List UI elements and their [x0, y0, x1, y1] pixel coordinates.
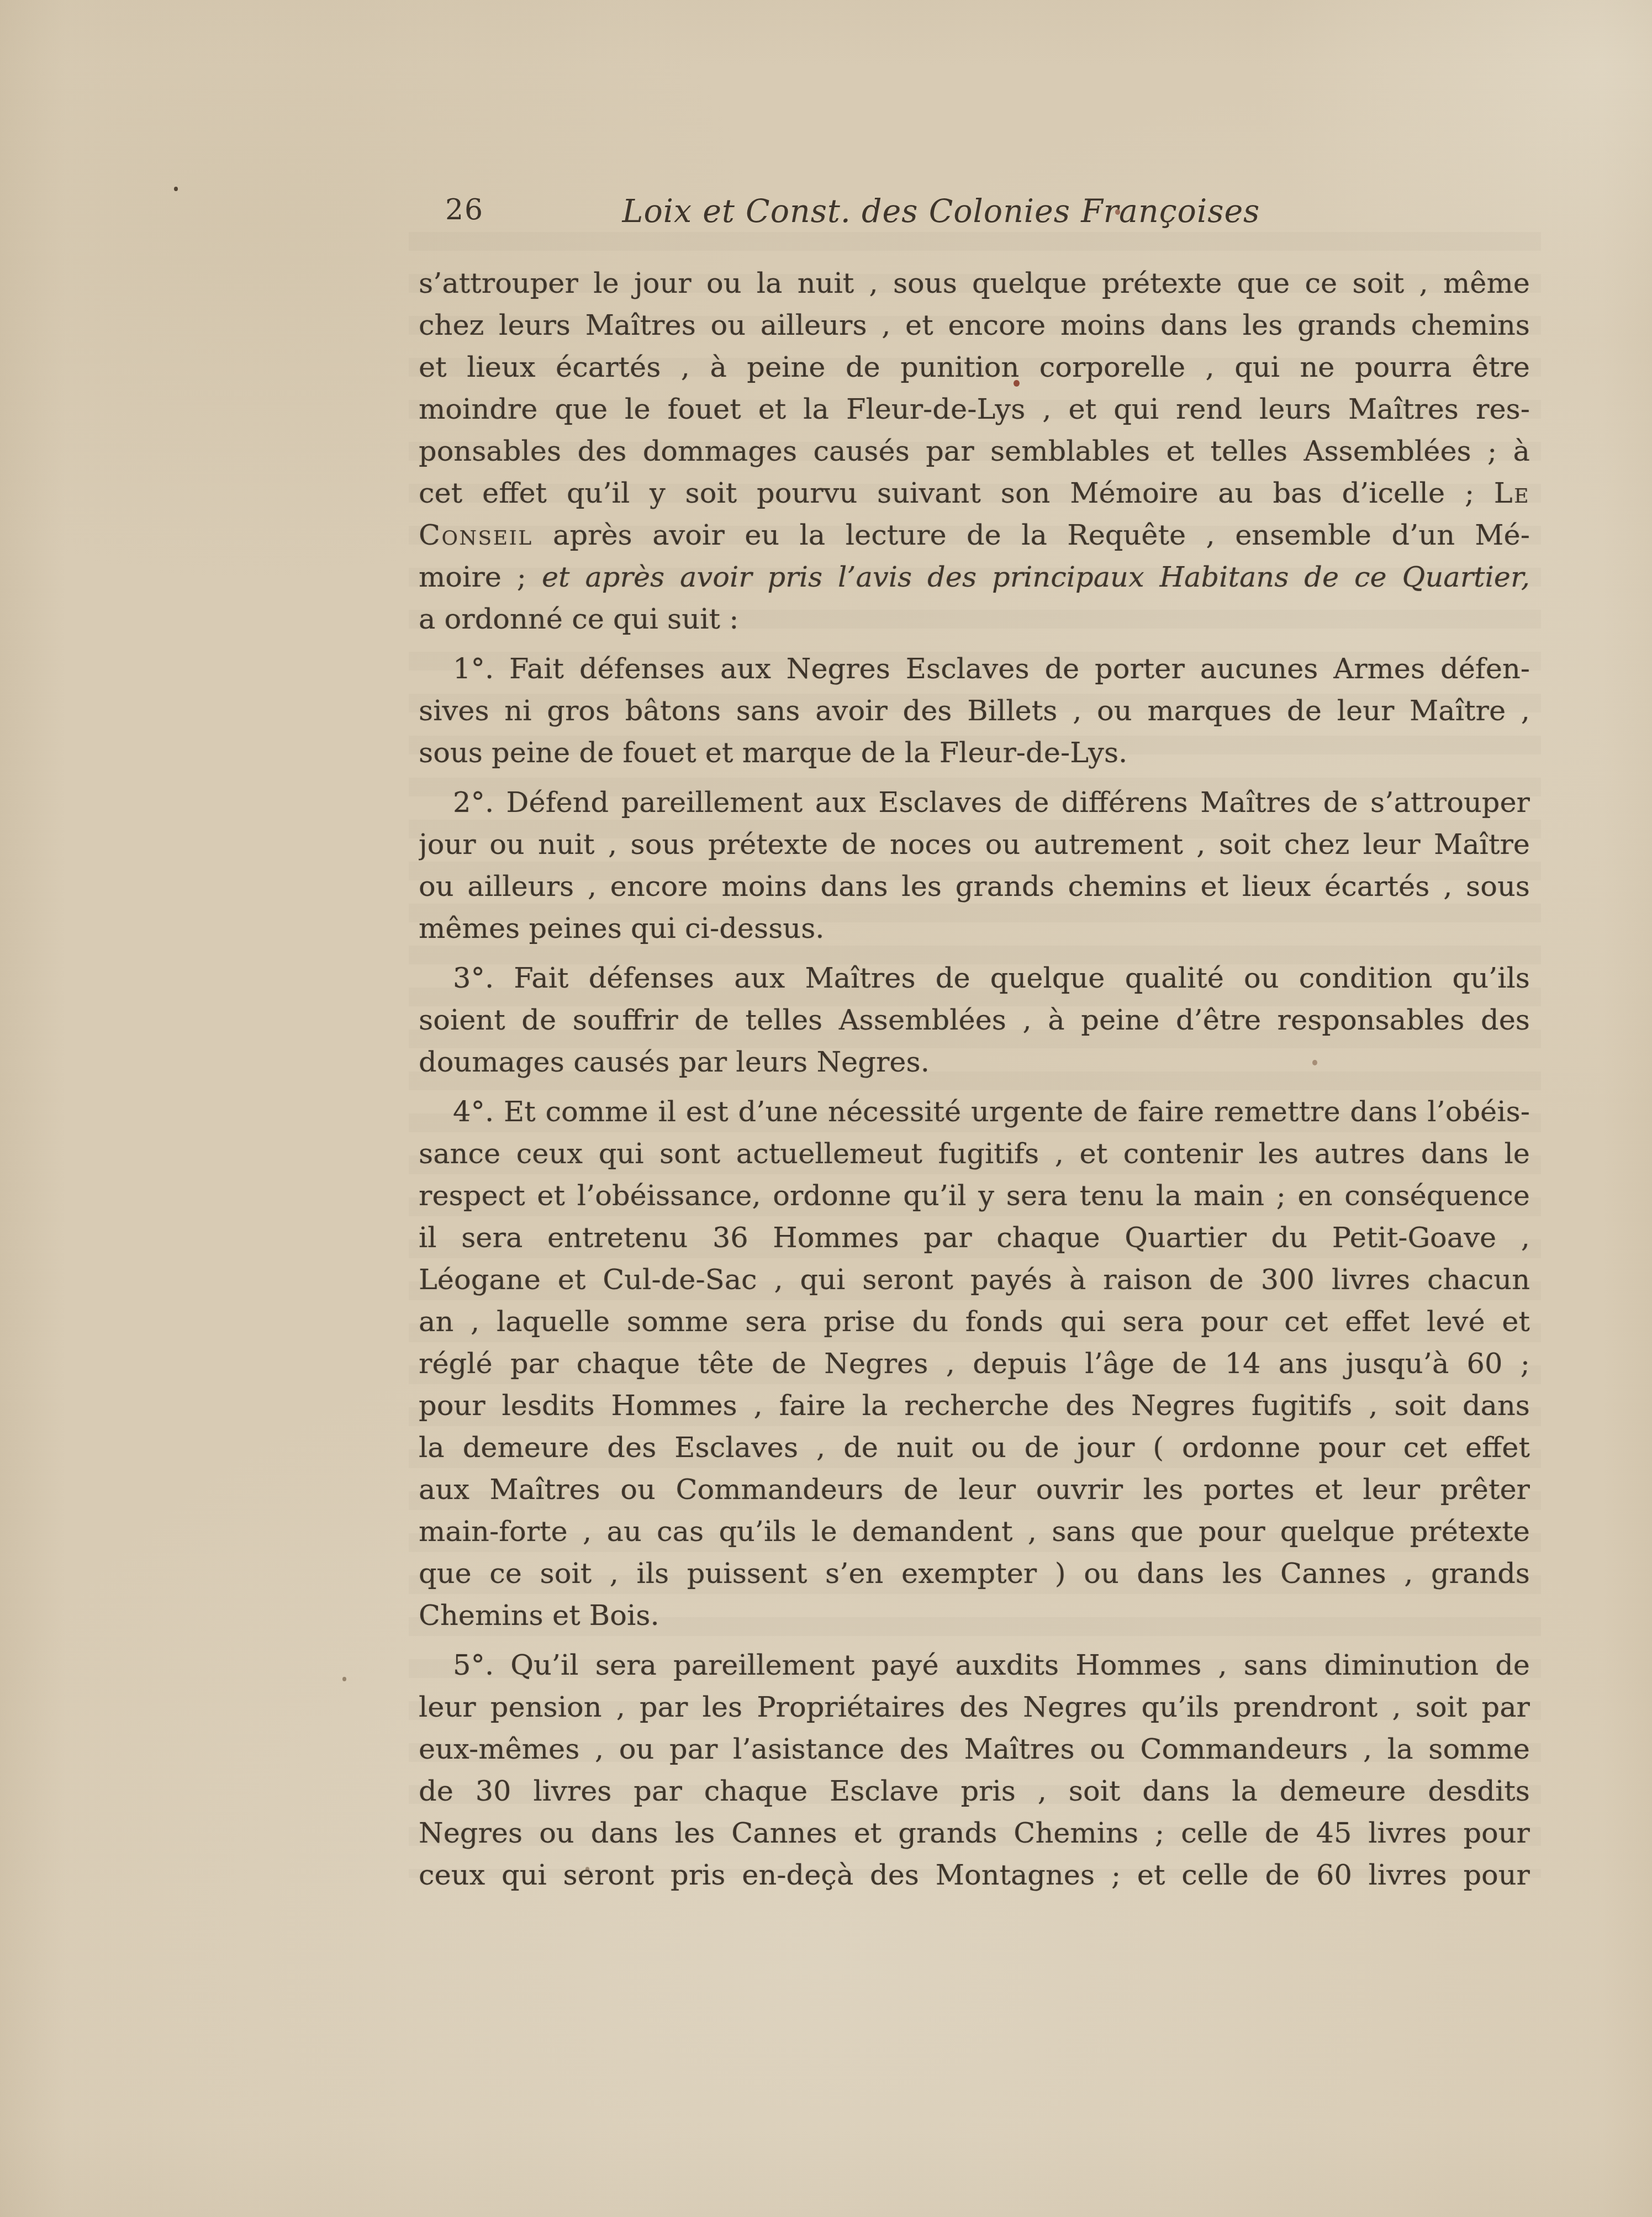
text-segment: ou ailleurs , encore moins dans les gran… — [419, 870, 1530, 903]
text-segment: leur pension , par les Propriétaires des… — [419, 1691, 1530, 1724]
text-segment: que ce soit , ils puissent s’en exempter… — [419, 1558, 1530, 1590]
text-line: ponsables des dommages causés par sembla… — [419, 431, 1530, 473]
text-line: eux-mêmes , ou par l’asistance des Maîtr… — [419, 1729, 1530, 1771]
text-line: pour lesdits Hommes , faire la recherche… — [419, 1385, 1530, 1427]
text-segment: s’attrouper le jour ou la nuit , sous qu… — [419, 267, 1530, 300]
text-segment: il sera entretenu 36 Hommes par chaque Q… — [419, 1222, 1530, 1254]
text-segment: Chemins et Bois. — [419, 1600, 659, 1632]
text-segment: Léogane et Cul-de-Sac , qui seront payés… — [419, 1264, 1530, 1296]
text-line: ceux qui seront pris en-deçà des Montagn… — [419, 1855, 1530, 1897]
text-segment: 5°. Qu’il sera pareillement payé auxdits… — [453, 1649, 1530, 1682]
text-segment: 1°. Fait défenses aux Negres Esclaves de… — [453, 653, 1530, 685]
text-line: an , laquelle somme sera prise du fonds … — [419, 1301, 1530, 1343]
paragraph: 2°. Défend pareillement aux Esclaves de … — [419, 782, 1530, 950]
text-segment: soient de souffrir de telles Assemblées … — [419, 1004, 1530, 1037]
text-segment: et lieux écartés , à peine de punition c… — [419, 351, 1530, 384]
book-page: 26 Loix et Const. des Colonies Françoise… — [0, 0, 1652, 2217]
text-segment: cet effet qu’il y soit pourvu suivant so… — [419, 477, 1494, 510]
text-line: a ordonné ce qui suit : — [419, 599, 1530, 641]
text-line: chez leurs Maîtres ou ailleurs , et enco… — [419, 305, 1530, 347]
paragraph: 5°. Qu’il sera pareillement payé auxdits… — [419, 1645, 1530, 1897]
text-line: leur pension , par les Propriétaires des… — [419, 1687, 1530, 1729]
text-segment: de 30 livres par chaque Esclave pris , s… — [419, 1775, 1530, 1808]
text-segment: ponsables des dommages causés par sembla… — [419, 435, 1530, 468]
text-segment: Le — [1494, 477, 1530, 510]
text-segment: sous peine de fouet et marque de la Fleu… — [419, 737, 1127, 769]
paper-speck — [174, 187, 178, 191]
text-segment: 2°. Défend pareillement aux Esclaves de … — [453, 786, 1530, 819]
text-line: moindre que le fouet et la Fleur-de-Lys … — [419, 389, 1530, 431]
text-line: soient de souffrir de telles Assemblées … — [419, 1000, 1530, 1042]
text-segment: sance ceux qui sont actuellemeut fugitif… — [419, 1138, 1530, 1170]
text-line: Chemins et Bois. — [419, 1595, 1530, 1637]
paragraph: s’attrouper le jour ou la nuit , sous qu… — [419, 263, 1530, 641]
paragraph: 4°. Et comme il est d’une nécessité urge… — [419, 1091, 1530, 1637]
text-line: 4°. Et comme il est d’une nécessité urge… — [419, 1091, 1530, 1133]
text-segment: jour ou nuit , sous prétexte de noces ou… — [419, 828, 1530, 861]
text-segment: et après avoir pris l’avis des principau… — [542, 561, 1530, 594]
text-segment: mêmes peines qui ci-dessus. — [419, 912, 825, 945]
text-line: s’attrouper le jour ou la nuit , sous qu… — [419, 263, 1530, 305]
text-segment: 4°. Et comme il est d’une nécessité urge… — [453, 1096, 1530, 1128]
text-segment: aux Maîtres ou Commandeurs de leur ouvri… — [419, 1474, 1530, 1506]
text-line: jour ou nuit , sous prétexte de noces ou… — [419, 824, 1530, 866]
text-line: cet effet qu’il y soit pourvu suivant so… — [419, 473, 1530, 515]
text-segment: Conseil — [419, 519, 533, 552]
text-line: 5°. Qu’il sera pareillement payé auxdits… — [419, 1645, 1530, 1687]
text-segment: la demeure des Esclaves , de nuit ou de … — [419, 1432, 1530, 1464]
running-header: 26 Loix et Const. des Colonies Françoise… — [419, 193, 1530, 237]
text-line: de 30 livres par chaque Esclave pris , s… — [419, 1771, 1530, 1813]
text-line: main-forte , au cas qu’ils le demandent … — [419, 1511, 1530, 1553]
text-line: réglé par chaque tête de Negres , depuis… — [419, 1343, 1530, 1385]
text-line: que ce soit , ils puissent s’en exempter… — [419, 1553, 1530, 1595]
text-line: moire ; et après avoir pris l’avis des p… — [419, 557, 1530, 599]
text-line: et lieux écartés , à peine de punition c… — [419, 347, 1530, 389]
body-text: s’attrouper le jour ou la nuit , sous qu… — [419, 263, 1530, 1897]
text-segment: a ordonné ce qui suit : — [419, 603, 738, 636]
text-line: Conseil après avoir eu la lecture de la … — [419, 515, 1530, 557]
text-block: 26 Loix et Const. des Colonies Françoise… — [419, 193, 1530, 1897]
text-line: sance ceux qui sont actuellemeut fugitif… — [419, 1133, 1530, 1175]
text-line: respect et l’obéissance, ordonne qu’il y… — [419, 1175, 1530, 1217]
text-line: sous peine de fouet et marque de la Fleu… — [419, 732, 1530, 774]
text-segment: chez leurs Maîtres ou ailleurs , et enco… — [419, 309, 1530, 342]
paragraph: 1°. Fait défenses aux Negres Esclaves de… — [419, 648, 1530, 774]
text-line: Negres ou dans les Cannes et grands Chem… — [419, 1813, 1530, 1855]
text-line: doumages causés par leurs Negres. — [419, 1042, 1530, 1084]
text-segment: moire ; — [419, 561, 542, 594]
text-segment: pour lesdits Hommes , faire la recherche… — [419, 1390, 1530, 1422]
text-segment: sives ni gros bâtons sans avoir des Bill… — [419, 695, 1530, 727]
text-line: 1°. Fait défenses aux Negres Esclaves de… — [419, 648, 1530, 690]
text-line: il sera entretenu 36 Hommes par chaque Q… — [419, 1217, 1530, 1259]
text-line: 3°. Fait défenses aux Maîtres de quelque… — [419, 958, 1530, 1000]
text-segment: main-forte , au cas qu’ils le demandent … — [419, 1516, 1530, 1548]
text-segment: eux-mêmes , ou par l’asistance des Maîtr… — [419, 1733, 1530, 1766]
running-title: Loix et Const. des Colonies Françoises — [419, 193, 1464, 230]
text-line: la demeure des Esclaves , de nuit ou de … — [419, 1427, 1530, 1469]
text-line: sives ni gros bâtons sans avoir des Bill… — [419, 690, 1530, 732]
text-line: aux Maîtres ou Commandeurs de leur ouvri… — [419, 1469, 1530, 1511]
text-segment: moindre que le fouet et la Fleur-de-Lys … — [419, 393, 1530, 426]
text-line: Léogane et Cul-de-Sac , qui seront payés… — [419, 1259, 1530, 1301]
paragraph: 3°. Fait défenses aux Maîtres de quelque… — [419, 958, 1530, 1084]
text-line: ou ailleurs , encore moins dans les gran… — [419, 866, 1530, 908]
text-segment: respect et l’obéissance, ordonne qu’il y… — [419, 1180, 1530, 1212]
text-segment: doumages causés par leurs Negres. — [419, 1046, 930, 1079]
text-line: 2°. Défend pareillement aux Esclaves de … — [419, 782, 1530, 824]
text-segment: ceux qui seront pris en-deçà des Montagn… — [419, 1859, 1530, 1892]
text-segment: réglé par chaque tête de Negres , depuis… — [419, 1348, 1530, 1380]
text-segment: après avoir eu la lecture de la Requête … — [533, 519, 1530, 552]
text-segment: 3°. Fait défenses aux Maîtres de quelque… — [453, 962, 1530, 995]
text-segment: Negres ou dans les Cannes et grands Chem… — [419, 1817, 1530, 1850]
text-segment: an , laquelle somme sera prise du fonds … — [419, 1306, 1530, 1338]
text-line: mêmes peines qui ci-dessus. — [419, 908, 1530, 950]
